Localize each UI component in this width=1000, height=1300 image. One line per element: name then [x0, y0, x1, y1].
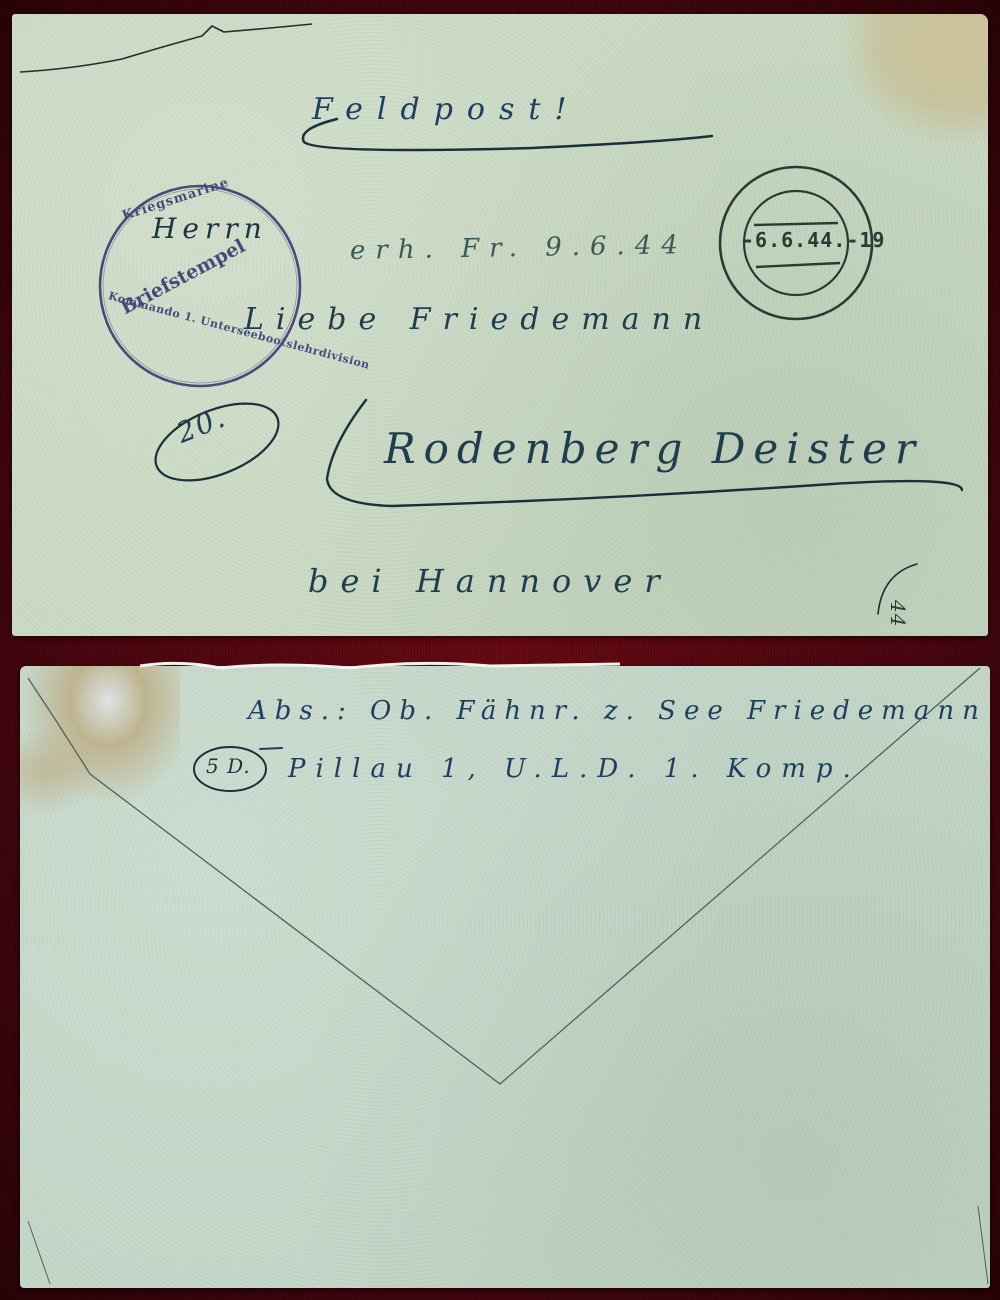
- corner-note: 44: [886, 600, 910, 627]
- address-line-3: Rodenberg Deister: [384, 424, 923, 473]
- envelope-back: Abs.: Ob. Fähnr. z. See Friedemann Pilla…: [20, 666, 990, 1288]
- address-line-1: Herrn: [152, 212, 268, 245]
- envelope-front: Kriegsmarine Briefstempel Kommando 1. Un…: [12, 14, 988, 636]
- circled-code: 5 D.: [206, 754, 251, 778]
- received-note: erh. Fr. 9.6.44: [350, 230, 688, 266]
- postmark-date: -6.6.44.-19: [742, 228, 885, 252]
- sender-line-2: Pillau 1, U.L.D. 1. Komp.: [288, 754, 861, 784]
- address-line-2: Liebe Friedemann: [244, 302, 714, 337]
- flap-fold-line: [28, 668, 980, 1084]
- address-line-4: bei Hannover: [308, 562, 672, 600]
- sender-line-1: Abs.: Ob. Fähnr. z. See Friedemann: [248, 696, 987, 726]
- feldpost-header: Feldpost!: [312, 92, 581, 127]
